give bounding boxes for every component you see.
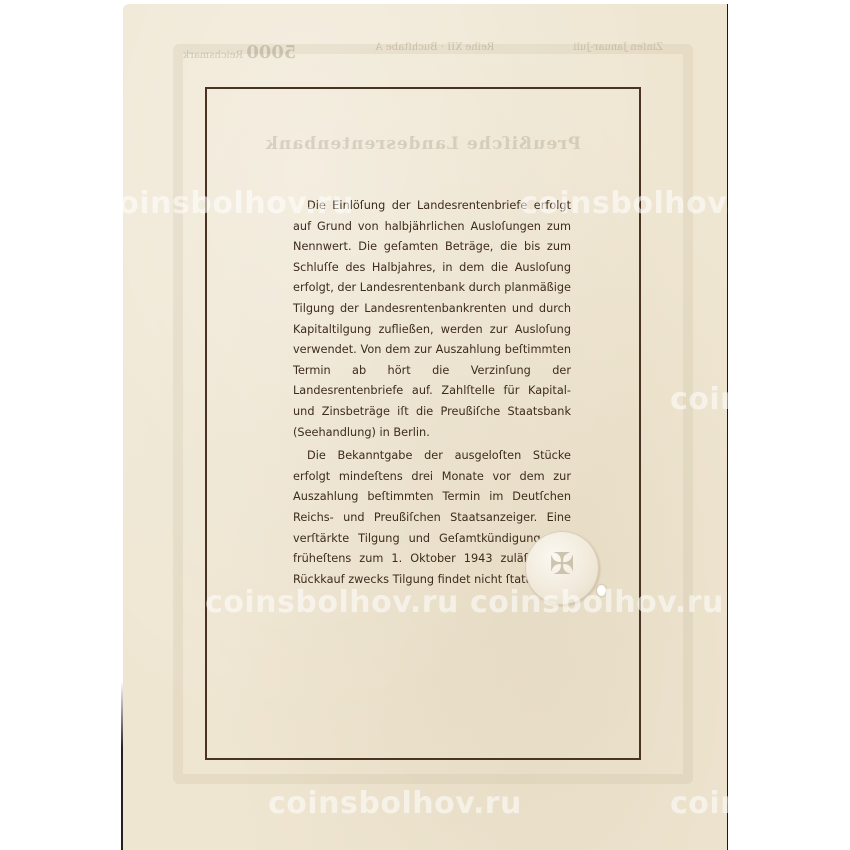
watermark: coinsbolhov.ru bbox=[470, 585, 724, 620]
watermark: coinsbolhov.ru bbox=[670, 382, 850, 417]
watermark: coinsbolhov.ru bbox=[520, 186, 774, 221]
paragraph-redemption: Die Einlöſung der Landesrentenbriefe erf… bbox=[293, 196, 571, 443]
watermark: coinsbolhov.ru bbox=[0, 382, 124, 417]
watermark: coinsbolhov.ru bbox=[100, 186, 354, 221]
watermark: coinsbolhov.ru bbox=[670, 786, 850, 821]
certificate-paper: Zinſen Januar-Juli Reihe XII · Buchſtabe… bbox=[123, 4, 728, 850]
showthrough-right: Reichsmark bbox=[183, 50, 243, 61]
showthrough-left: Zinſen Januar-Juli bbox=[573, 42, 663, 63]
showthrough-denomination: 5000 bbox=[246, 42, 296, 63]
showthrough-header: Zinſen Januar-Juli Reihe XII · Buchſtabe… bbox=[183, 42, 663, 63]
watermark: coinsbolhov.ru bbox=[268, 786, 522, 821]
showthrough-center: Reihe XII · Buchſtabe A bbox=[375, 42, 494, 63]
watermark: coinsbolhov.ru bbox=[205, 585, 459, 620]
terms-text: Die Einlöſung der Landesrentenbriefe erf… bbox=[293, 196, 571, 590]
eagle-emblem-icon: ✠ bbox=[547, 545, 577, 585]
